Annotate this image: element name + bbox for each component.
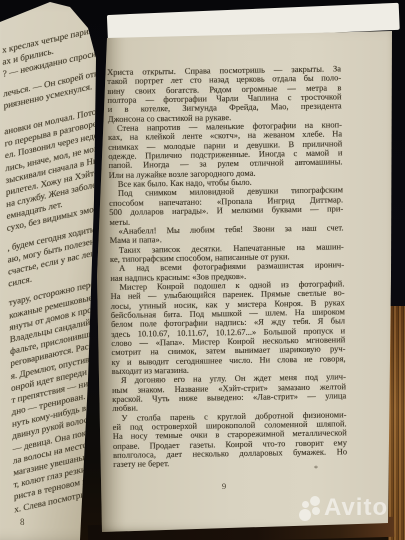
book-text-line: газету не берет. (113, 457, 347, 470)
book-photo: х креслах четыре парикмах и брились.? — … (0, 0, 405, 540)
wood-table-edge (388, 306, 405, 540)
right-page-text: Христа открыты. Справа посмотришь — закр… (107, 64, 347, 469)
printers-mark: * (314, 464, 318, 473)
left-page: х креслах четыре парикмах и брились.? — … (0, 0, 114, 540)
right-page-number: 9 (107, 481, 341, 491)
right-page: Христа открыты. Справа посмотришь — закр… (96, 26, 398, 534)
left-page-number: 8 (20, 517, 25, 527)
